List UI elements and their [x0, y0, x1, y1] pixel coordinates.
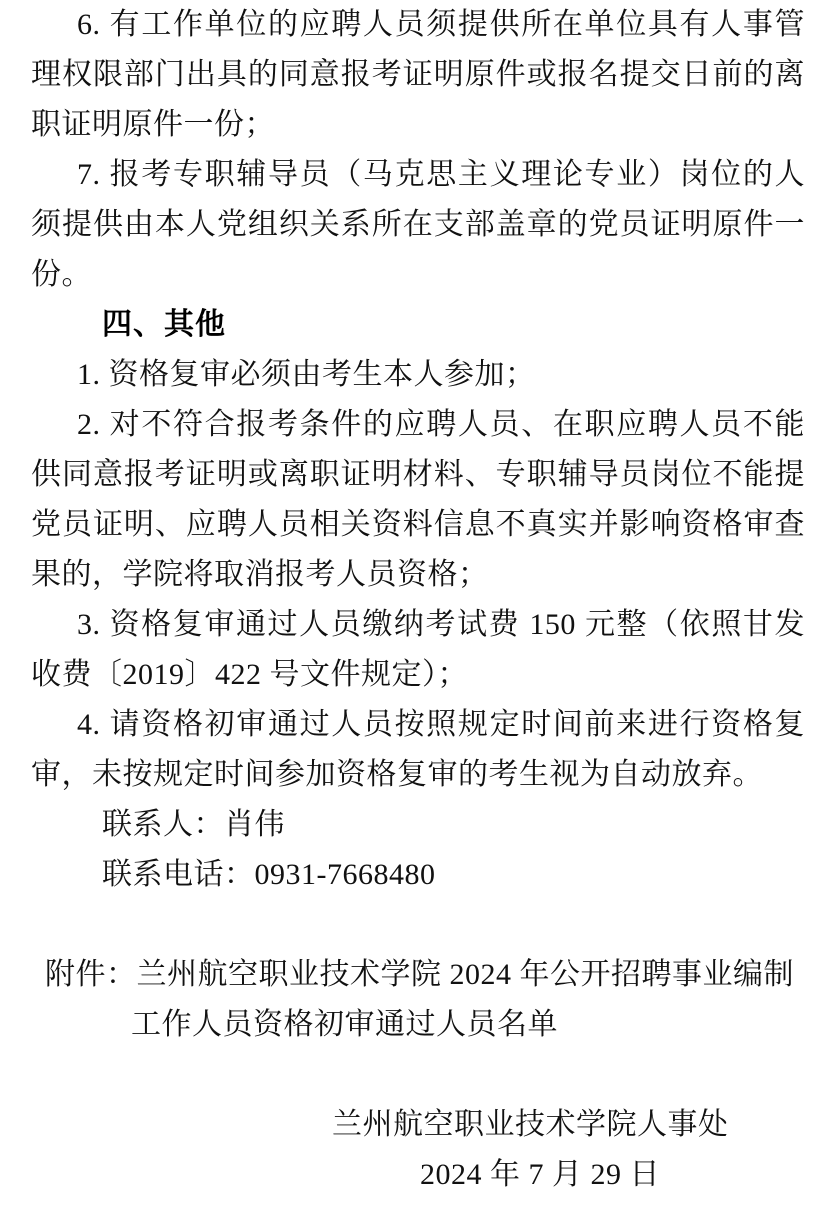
contact-person: 联系人：肖伟 [31, 800, 805, 850]
other-item-3: 3. 资格复审通过人员缴纳考试费 150 元整（依照甘发改收费〔2019〕422… [31, 600, 805, 700]
other-item-3-line-1: 3. 资格复审通过人员缴纳考试费 150 元整（依照甘发改 [31, 600, 805, 650]
signature-org: 兰州航空职业技术学院人事处 [31, 1100, 805, 1150]
signature-date: 2024 年 7 月 29 日 [31, 1150, 805, 1200]
item-7-line-2: 须提供由本人党组织关系所在支部盖章的党员证明原件一 [31, 200, 805, 250]
other-item-2-line-2: 供同意报考证明或离职证明材料、专职辅导员岗位不能提供 [31, 450, 805, 500]
item-6-line-1: 6. 有工作单位的应聘人员须提供所在单位具有人事管 [31, 0, 805, 50]
item-6-line-2: 理权限部门出具的同意报考证明原件或报名提交日前的离 [31, 50, 805, 100]
other-item-4: 4. 请资格初审通过人员按照规定时间前来进行资格复审，未按规定时间参加资格复审的… [31, 700, 805, 800]
spacer-1 [31, 900, 805, 950]
other-item-2-line-3: 党员证明、应聘人员相关资料信息不真实并影响资格审查结 [31, 500, 805, 550]
other-item-1: 1. 资格复审必须由考生本人参加； [31, 350, 805, 400]
section-other-heading: 四、其他 [31, 300, 805, 350]
document-page: 6. 有工作单位的应聘人员须提供所在单位具有人事管理权限部门出具的同意报考证明原… [0, 0, 840, 1221]
item-7-line-3: 份。 [31, 250, 805, 300]
section-other: 四、其他 [31, 300, 805, 350]
item-6: 6. 有工作单位的应聘人员须提供所在单位具有人事管理权限部门出具的同意报考证明原… [31, 0, 805, 150]
other-item-2: 2. 对不符合报考条件的应聘人员、在职应聘人员不能提供同意报考证明或离职证明材料… [31, 400, 805, 600]
item-7: 7. 报考专职辅导员（马克思主义理论专业）岗位的人员须提供由本人党组织关系所在支… [31, 150, 805, 300]
item-6-line-3: 职证明原件一份； [31, 100, 805, 150]
document-body: 6. 有工作单位的应聘人员须提供所在单位具有人事管理权限部门出具的同意报考证明原… [31, 0, 805, 1200]
contact-phone: 联系电话：0931-7668480 [31, 850, 805, 900]
other-item-4-line-2: 审，未按规定时间参加资格复审的考生视为自动放弃。 [31, 750, 805, 800]
item-7-line-1: 7. 报考专职辅导员（马克思主义理论专业）岗位的人员 [31, 150, 805, 200]
other-item-4-line-1: 4. 请资格初审通过人员按照规定时间前来进行资格复 [31, 700, 805, 750]
spacer-2 [31, 1050, 805, 1100]
other-item-2-line-4: 果的，学院将取消报考人员资格； [31, 550, 805, 600]
other-item-2-line-1: 2. 对不符合报考条件的应聘人员、在职应聘人员不能提 [31, 400, 805, 450]
blank-line-1 [31, 900, 805, 950]
attachment-line-1: 附件：兰州航空职业技术学院 2024 年公开招聘事业编制 [31, 950, 805, 1000]
signature: 兰州航空职业技术学院人事处2024 年 7 月 29 日 [31, 1100, 805, 1200]
other-item-3-line-2: 收费〔2019〕422 号文件规定）； [31, 650, 805, 700]
attachment-line-2: 工作人员资格初审通过人员名单 [31, 1000, 805, 1050]
blank-line-2 [31, 1050, 805, 1100]
other-item-1-line-1: 1. 资格复审必须由考生本人参加； [31, 350, 805, 400]
attachment: 附件：兰州航空职业技术学院 2024 年公开招聘事业编制工作人员资格初审通过人员… [31, 950, 805, 1050]
contact: 联系人：肖伟联系电话：0931-7668480 [31, 800, 805, 900]
